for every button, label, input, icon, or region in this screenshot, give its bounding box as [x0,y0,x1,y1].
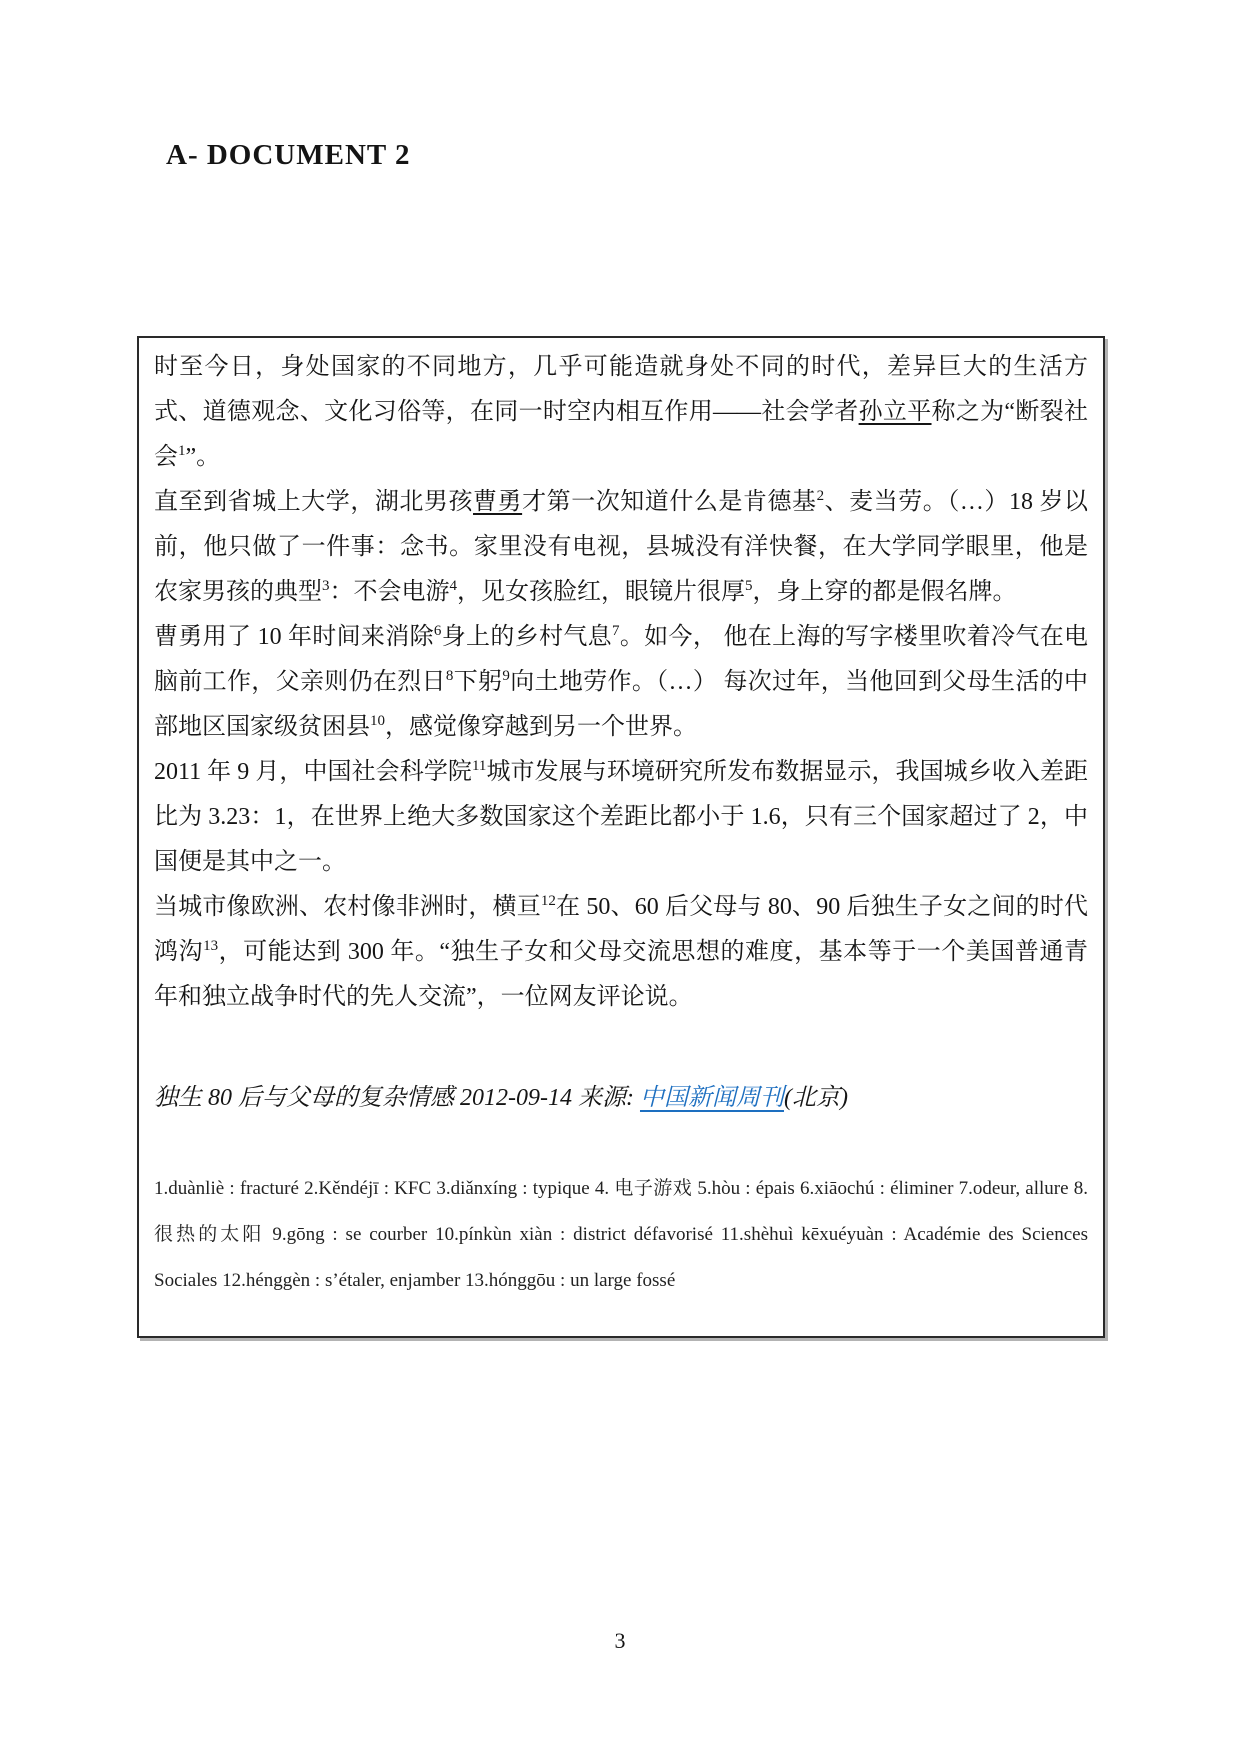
footnote-reference: 4 [450,578,458,594]
footnote-reference: 1 [178,443,186,459]
source-line: 独生 80 后与父母的复杂情感 2012-09-14 来源: 中国新闻周刊(北京… [154,1076,1088,1121]
text-run: ”。 [186,444,221,470]
text-run: 下躬 [453,669,502,695]
underlined-name: 曹勇 [473,489,522,515]
source-link[interactable]: 中国新闻周刊 [640,1085,784,1111]
paragraph-4: 2011 年 9 月，中国社会科学院11城市发展与环境研究所发布数据显示，我国城… [154,750,1088,885]
text-run: 独生 80 后与父母的复杂情感 2012-09-14 来源: [154,1085,640,1111]
footnote-reference: 13 [203,938,218,954]
page: { "page": { "title": "A- DOCUMENT 2", "p… [0,0,1240,1754]
text-run: ，可能达到 300 年。“独生子女和父母交流思想的难度，基本等于一个美国普通青年… [154,939,1088,1010]
paragraph-2: 直至到省城上大学，湖北男孩曹勇才第一次知道什么是肯德基2、麦当劳。（…）18 岁… [154,480,1088,615]
text-run: ，见女孩脸红，眼镜片很厚 [457,579,745,605]
text-run: ，感觉像穿越到另一个世界。 [385,714,697,740]
footnote-reference: 7 [612,623,620,639]
footnote-reference: 5 [745,578,753,594]
footnote-reference: 10 [370,713,385,729]
footnote-reference: 9 [502,668,510,684]
document-text-box: 时至今日，身处国家的不同地方，几乎可能造就身处不同的时代，差异巨大的生活方式、道… [137,336,1105,1338]
text-run: 直至到省城上大学，湖北男孩 [154,489,473,515]
text-run: (北京) [784,1085,848,1111]
footnote-reference: 12 [541,893,556,909]
main-text: 时至今日，身处国家的不同地方，几乎可能造就身处不同的时代，差异巨大的生活方式、道… [154,345,1088,1020]
underlined-name: 孙立平 [859,399,932,425]
footnote-reference: 11 [472,758,486,774]
footnote-reference: 2 [817,488,825,504]
text-run: 曹勇用了 10 年时间来消除 [154,624,434,650]
text-run: 当城市像欧洲、农村像非洲时，横亘 [154,894,541,920]
footnotes: 1.duànliè : fracturé 2.Kěndéjī : KFC 3.d… [154,1166,1088,1304]
paragraph-5: 当城市像欧洲、农村像非洲时，横亘12在 50、60 后父母与 80、90 后独生… [154,885,1088,1020]
text-run: 2011 年 9 月，中国社会科学院 [154,759,472,785]
text-run: 1.duànliè : fracturé 2.Kěndéjī : KFC 3.d… [154,1178,1088,1291]
text-run: ，身上穿的都是假名牌。 [753,579,1017,605]
page-number: 3 [0,1628,1240,1654]
text-run: 才第一次知道什么是肯德基 [522,489,816,515]
page-title: A- DOCUMENT 2 [166,139,410,172]
text-run: ：不会电游 [330,579,450,605]
paragraph-3: 曹勇用了 10 年时间来消除6身上的乡村气息7。如今， 他在上海的写字楼里吹着冷… [154,615,1088,750]
text-run: 身上的乡村气息 [441,624,612,650]
footnote-reference: 3 [322,578,330,594]
paragraph-1: 时至今日，身处国家的不同地方，几乎可能造就身处不同的时代，差异巨大的生活方式、道… [154,345,1088,480]
